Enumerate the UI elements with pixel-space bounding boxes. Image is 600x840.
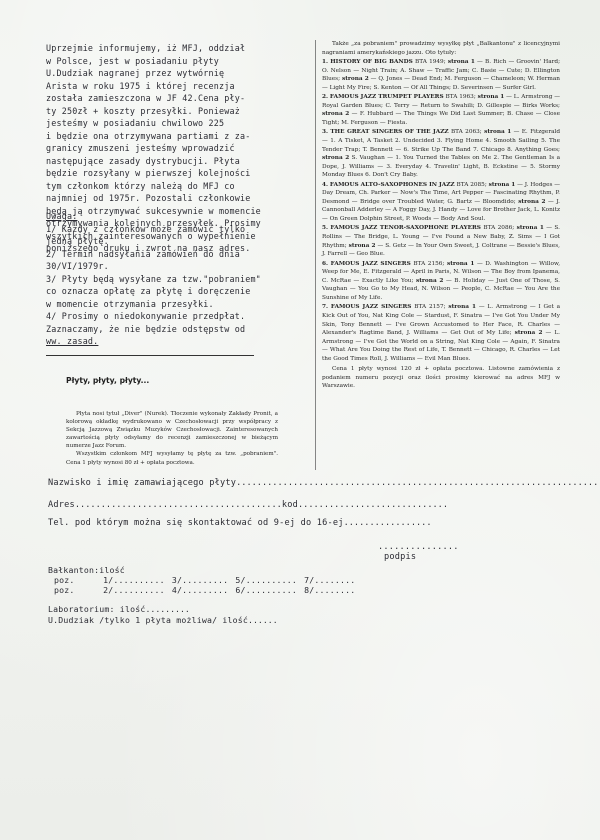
record-tracklist: BTA 2157; strona 1 — L. Armstrong — I Ge… — [322, 304, 560, 361]
position-slot[interactable]: 8/........ — [304, 585, 355, 595]
name-dotted-line[interactable]: ........................................… — [236, 478, 600, 488]
record-number: 4. — [322, 182, 328, 188]
clipping-left-body: Płyta nosi tytuł „Diver" (Nurek). Tłocze… — [66, 410, 278, 467]
name-label: Nazwisko i imię zamawiającego płyty — [48, 478, 236, 488]
code-label: kod — [282, 500, 298, 510]
record-number: 5. — [322, 225, 328, 231]
record-title: FAMOUS JAZZ TRUMPET PLAYERS — [330, 94, 444, 100]
position-slot[interactable]: 4/......... — [172, 585, 228, 595]
record-entry: 2. FAMOUS JAZZ TRUMPET PLAYERS BTA 1963;… — [322, 93, 560, 127]
record-title: FAMOUS JAZZ SINGERS — [331, 304, 412, 310]
clipping-edge-divider — [315, 40, 316, 470]
position-slot[interactable]: 1/.......... — [103, 575, 165, 585]
position-slot[interactable]: 5/.......... — [235, 575, 297, 585]
laboratorium-dotted-line[interactable]: ......... — [145, 604, 189, 614]
clipping-paragraph: Wszystkim członkom MFJ wysyłamy tę płytę… — [66, 450, 278, 466]
record-tracklist: BTA 2063; strona 1 — E. Fitzgerald — 1. … — [322, 129, 560, 178]
record-entry: 7. FAMOUS JAZZ SINGERS BTA 2157; strona … — [322, 303, 560, 363]
note-last-line: ww. zasad. — [46, 335, 308, 348]
note-item: 3/ Płyty będą wysyłane za tzw."pobraniem… — [46, 273, 308, 311]
phone-dotted-line[interactable]: ................. — [344, 518, 432, 528]
signature-label: podpis — [384, 552, 416, 562]
record-number: 6. — [322, 261, 328, 267]
record-entry: 6. FAMOUS JAZZ SINGERS BTA 2156; strona … — [322, 260, 560, 303]
record-entry: 3. THE GREAT SINGERS OF THE JAZZ BTA 206… — [322, 128, 560, 179]
address-field[interactable]: Adres...................................… — [48, 500, 448, 510]
notes-section: Uwaga: 1/ Każdy z członków może zamówić … — [46, 210, 308, 348]
clipping-lead: Także „za pobraniem" prowadzimy wysyłkę … — [322, 40, 560, 57]
record-entry: 5. FAMOUS JAZZ TENOR-SAXOPHONE PLAYERS B… — [322, 224, 560, 258]
poz-label: poz. — [54, 585, 98, 595]
poz-label: poz. — [54, 575, 98, 585]
position-row: poz. 1/.......... 3/......... 5/........… — [54, 575, 357, 585]
name-field[interactable]: Nazwisko i imię zamawiającego płyty.....… — [48, 478, 600, 488]
address-label: Adres — [48, 500, 75, 510]
record-number: 1. — [322, 59, 328, 65]
document-page: Uprzejmie informujemy, iż MFJ, oddział w… — [0, 0, 600, 840]
record-title: FAMOUS JAZZ SINGERS — [331, 261, 411, 267]
position-slot[interactable]: 6/.......... — [235, 585, 297, 595]
laboratorium-label: Laboratorium: ilość — [48, 604, 145, 614]
note-item: 1/ Każdy z członków może zamówić tylko j… — [46, 223, 308, 248]
record-number: 2. — [322, 94, 328, 100]
record-title: FAMOUS JAZZ TENOR-SAXOPHONE PLAYERS — [330, 225, 481, 231]
phone-field[interactable]: Tel. pod którym można się skontaktować o… — [48, 518, 432, 528]
address-dotted-line[interactable]: ........................................ — [75, 500, 282, 510]
record-title: FAMOUS ALTO-SAXOPHONES IN JAZZ — [330, 182, 455, 188]
dudziak-field[interactable]: U.Dudziak /tylko 1 płyta możliwa/ ilość.… — [48, 615, 278, 625]
record-number: 7. — [322, 304, 328, 310]
record-title: THE GREAT SINGERS OF THE JAZZ — [330, 129, 448, 135]
note-item: 2/ Termin nadsyłania zamówień do dnia 30… — [46, 248, 308, 273]
dudziak-dotted-line[interactable]: ...... — [248, 615, 278, 625]
notes-title: Uwaga: — [46, 210, 308, 223]
record-entry: 4. FAMOUS ALTO-SAXOPHONES IN JAZZ BTA 20… — [322, 181, 560, 224]
clipping-title: Płyty, płyty, płyty... — [66, 376, 149, 385]
underline-rule — [46, 355, 254, 356]
clipping-right-body: Także „za pobraniem" prowadzimy wysyłkę … — [322, 40, 560, 392]
note-item: 4/ Prosimy o niedokonywanie przedpłat. Z… — [46, 310, 308, 335]
laboratorium-field[interactable]: Laboratorium: ilość......... — [48, 604, 190, 614]
position-slot[interactable]: 7/........ — [304, 575, 355, 585]
record-list: 1. HISTORY OF BIG BANDS BTA 1949; strona… — [322, 58, 560, 363]
code-dotted-line[interactable]: ............................. — [298, 500, 448, 510]
record-entry: 1. HISTORY OF BIG BANDS BTA 1949; strona… — [322, 58, 560, 92]
clipping-footer: Cena 1 płyty wynosi 120 zł + opłata pocz… — [322, 365, 560, 391]
record-number: 3. — [322, 129, 328, 135]
phone-label: Tel. pod którym można się skontaktować o… — [48, 518, 344, 528]
signature-line[interactable]: ............... — [378, 542, 459, 552]
clipping-paragraph: Płyta nosi tytuł „Diver" (Nurek). Tłocze… — [66, 410, 278, 450]
dudziak-label: U.Dudziak /tylko 1 płyta możliwa/ ilość — [48, 615, 248, 625]
position-slot[interactable]: 3/......... — [172, 575, 228, 585]
record-title: HISTORY OF BIG BANDS — [330, 59, 413, 65]
balkanton-label: Bałkanton:ilość — [48, 565, 125, 575]
position-row: poz. 2/.......... 4/......... 6/........… — [54, 585, 357, 595]
position-slot[interactable]: 2/.......... — [103, 585, 165, 595]
